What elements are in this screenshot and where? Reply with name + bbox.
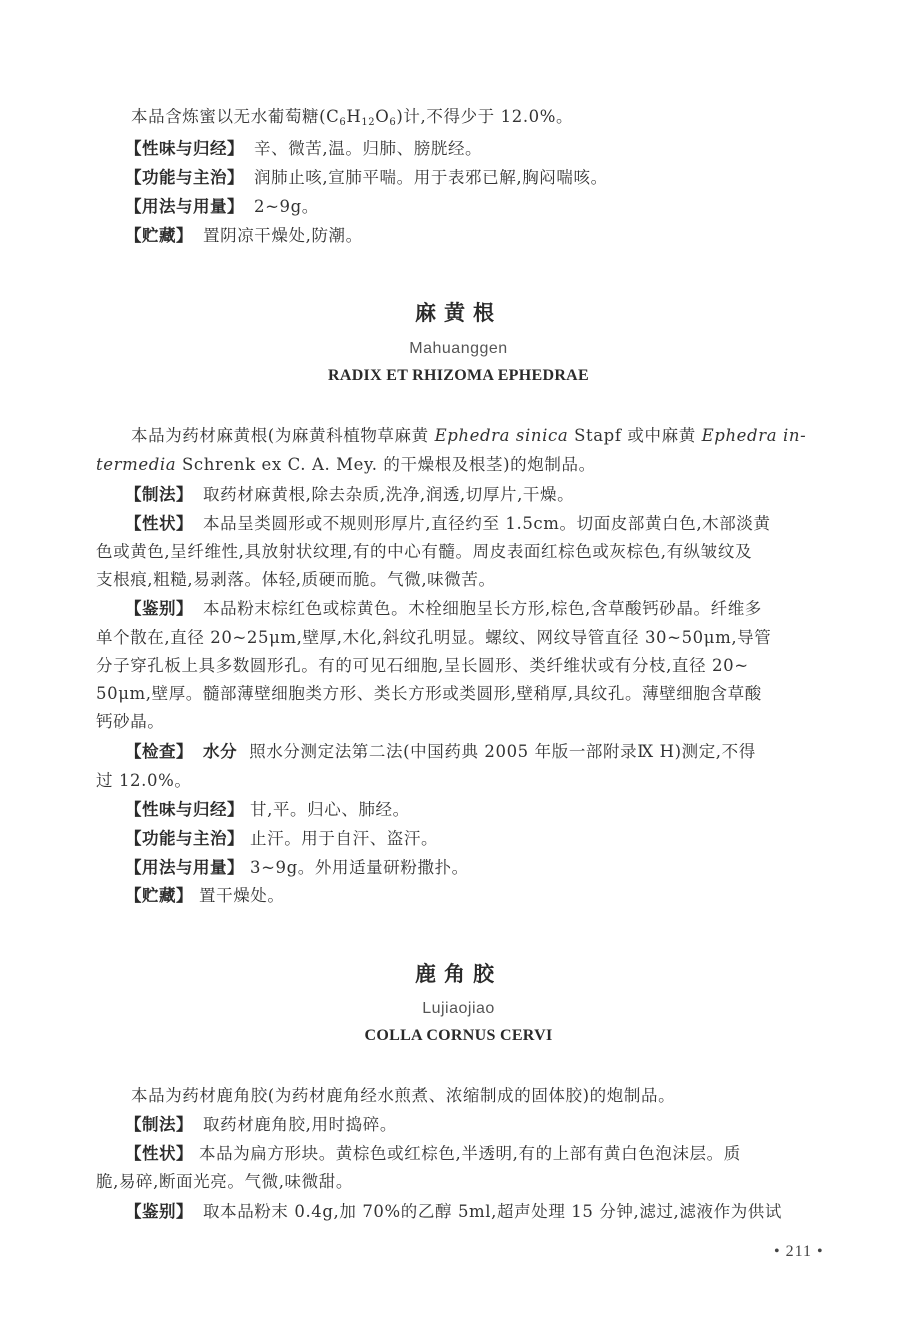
section-text-continued: 分子穿孔板上具多数圆形孔。有的可见石细胞,呈长圆形、类纤维状或有分枝,直径 20… [96,655,749,677]
section-label: 【性状】 [125,1144,193,1163]
monograph-title-pinyin: Lujiaojiao [0,1000,917,1018]
section-text: 辛、微苦,温。归肺、膀胱经。 [254,139,482,158]
monograph-intro-line-1: 本品为药材麻黄根(为麻黄科植物草麻黄 Ephedra sinica Stapf … [131,425,806,447]
section-inspection: 【检查】水分照水分测定法第二法(中国药典 2005 年版一部附录Ⅸ H)测定,不… [125,741,756,763]
section-text: 置阴凉干燥处,防潮。 [203,226,363,245]
text-span: 本品为药材麻黄根(为麻黄科植物草麻黄 [131,426,435,445]
section-label: 【制法】 [125,485,193,504]
section-text: 本品粉末棕红色或棕黄色。木栓细胞呈长方形,棕色,含草酸钙砂晶。纤维多 [203,599,762,618]
section-description: 【性状】本品呈类圆形或不规则形厚片,直径约至 1.5cm。切面皮部黄白色,木部淡… [125,513,771,535]
section-text: 润肺止咳,宣肺平喘。用于表邪已解,胸闷喘咳。 [254,168,608,187]
section-text: 2~9g。 [254,197,319,216]
section-text-continued: 过 12.0%。 [96,770,191,792]
section-text-continued: 支根痕,粗糙,易剥落。体轻,质硬而脆。气微,味微苦。 [96,569,496,591]
section-text-continued: 50μm,壁厚。髓部薄壁细胞类方形、类长方形或类圆形,壁稍厚,具纹孔。薄壁细胞含… [96,683,762,705]
text-span: 本品含炼蜜以无水葡萄糖(C [131,107,339,126]
section-text: 本品为扁方形块。黄棕色或红棕色,半透明,有的上部有黄白色泡沫层。质 [199,1144,741,1163]
text-span: O [375,107,389,126]
monograph-title-pinyin: Mahuanggen [0,340,917,358]
monograph-title-latin: RADIX ET RHIZOMA EPHEDRAE [0,367,917,385]
monograph-title-cn: 麻黄根 [0,297,917,327]
monograph-title-cn: 鹿角胶 [0,958,917,988]
property-flavor-meridian: 【性味与归经】甘,平。归心、肺经。 [125,799,410,821]
section-label: 【制法】 [125,1115,193,1134]
property-storage: 【贮藏】置阴凉干燥处,防潮。 [125,225,363,247]
section-label: 【鉴别】 [125,599,193,618]
section-text: 3~9g。外用适量研粉撒扑。 [250,858,469,877]
section-label: 【用法与用量】 [125,197,244,216]
section-label: 【贮藏】 [125,226,193,245]
section-text: 置干燥处。 [199,886,285,905]
page-number: • 211 • [774,1243,824,1261]
section-label: 【贮藏】 [125,886,193,905]
section-label: 【性味与归经】 [125,800,244,819]
species-name: termedia [96,455,176,474]
section-text-continued: 色或黄色,呈纤维性,具放射状纹理,有的中心有髓。周皮表面红棕色或灰棕色,有纵皱纹… [96,541,752,563]
monograph-intro: 本品为药材鹿角胶(为药材鹿角经水煎煮、浓缩制成的固体胶)的炮制品。 [131,1085,675,1107]
section-label: 【性状】 [125,514,193,533]
section-identification: 【鉴别】本品粉末棕红色或棕黄色。木栓细胞呈长方形,棕色,含草酸钙砂晶。纤维多 [125,598,762,620]
section-text-continued: 单个散在,直径 20~25μm,壁厚,木化,斜纹孔明显。螺纹、网纹导管直径 30… [96,627,771,649]
section-preparation: 【制法】取药材鹿角胶,用时捣碎。 [125,1114,397,1136]
section-label: 【鉴别】 [125,1202,193,1221]
section-description: 【性状】本品为扁方形块。黄棕色或红棕色,半透明,有的上部有黄白色泡沫层。质 [125,1143,741,1165]
section-label: 【检查】 [125,742,193,761]
text-span: Schrenk ex C. A. Mey. 的干燥根及根茎)的炮制品。 [176,455,596,474]
section-text: 取药材鹿角胶,用时捣碎。 [203,1115,397,1134]
section-text: 照水分测定法第二法(中国药典 2005 年版一部附录Ⅸ H)测定,不得 [249,742,756,761]
text-span: Stapf 或中麻黄 [568,426,701,445]
property-function-indication: 【功能与主治】润肺止咳,宣肺平喘。用于表邪已解,胸闷喘咳。 [125,167,608,189]
section-preparation: 【制法】取药材麻黄根,除去杂质,洗净,润透,切厚片,干燥。 [125,484,574,506]
monograph-title-latin: COLLA CORNUS CERVI [0,1027,917,1045]
section-identification: 【鉴别】取本品粉末 0.4g,加 70%的乙醇 5ml,超声处理 15 分钟,滤… [125,1201,782,1223]
section-label: 【功能与主治】 [125,829,244,848]
property-dosage: 【用法与用量】3~9g。外用适量研粉撒扑。 [125,857,469,879]
section-label: 【用法与用量】 [125,858,244,877]
species-name: Ephedra sinica [435,426,569,445]
section-text: 止汗。用于自汗、盗汗。 [250,829,438,848]
section-text-continued: 钙砂晶。 [96,711,164,733]
section-text: 取本品粉末 0.4g,加 70%的乙醇 5ml,超声处理 15 分钟,滤过,滤液… [203,1202,782,1221]
document-page: 本品含炼蜜以无水葡萄糖(C6H12O6)计,不得少于 12.0%。 【性味与归经… [0,0,917,1333]
property-flavor-meridian: 【性味与归经】辛、微苦,温。归肺、膀胱经。 [125,138,482,160]
text-span: )计,不得少于 12.0%。 [396,107,573,126]
species-name: Ephedra in- [702,426,807,445]
subscript: 12 [361,117,375,128]
section-text: 本品呈类圆形或不规则形厚片,直径约至 1.5cm。切面皮部黄白色,木部淡黄 [203,514,771,533]
section-text: 取药材麻黄根,除去杂质,洗净,润透,切厚片,干燥。 [203,485,574,504]
content-line: 本品含炼蜜以无水葡萄糖(C6H12O6)计,不得少于 12.0%。 [131,106,573,134]
section-label: 【性味与归经】 [125,139,244,158]
monograph-intro-line-2: termedia Schrenk ex C. A. Mey. 的干燥根及根茎)的… [96,454,596,476]
subsection-label: 水分 [203,742,237,761]
property-dosage: 【用法与用量】2~9g。 [125,196,319,218]
section-label: 【功能与主治】 [125,168,244,187]
section-text-continued: 脆,易碎,断面光亮。气微,味微甜。 [96,1171,353,1193]
text-span: H [346,107,361,126]
property-storage: 【贮藏】置干燥处。 [125,885,285,907]
property-function-indication: 【功能与主治】止汗。用于自汗、盗汗。 [125,828,438,850]
section-text: 甘,平。归心、肺经。 [250,800,410,819]
